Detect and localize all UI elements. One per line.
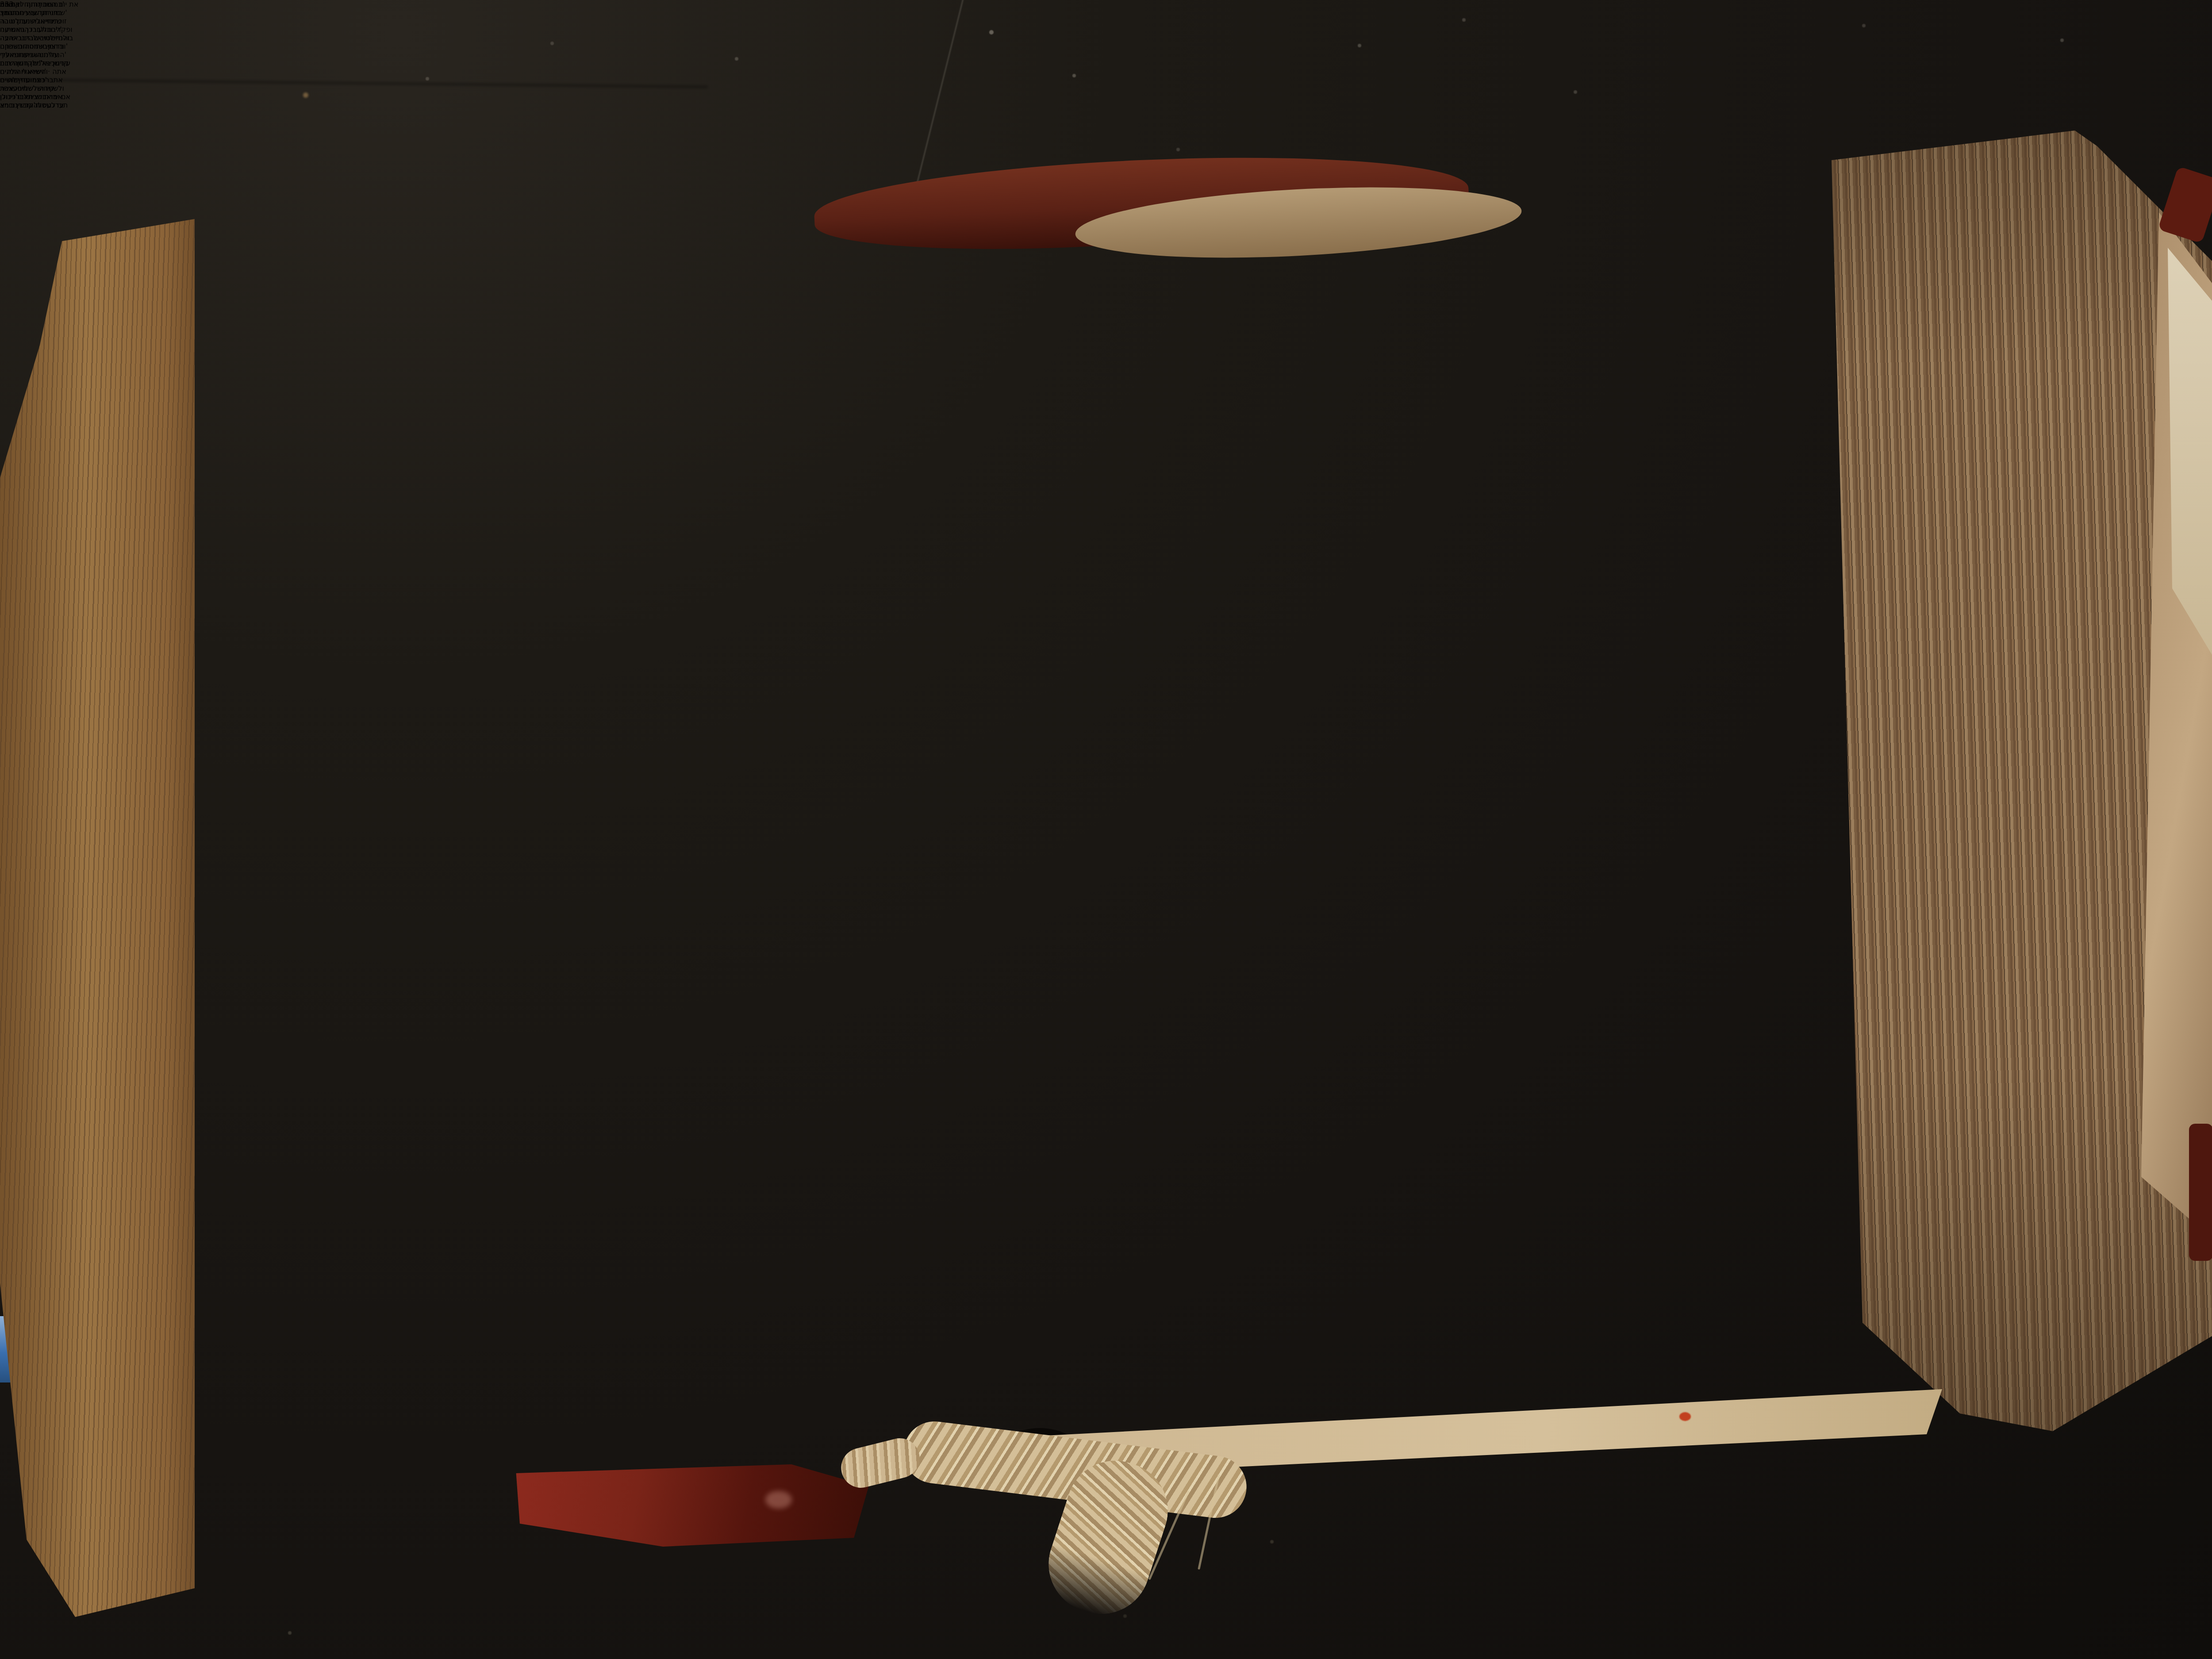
binding-red-sliver-top [2158, 166, 2212, 244]
text-line: אם יבואבשבתאומ'ויכולו [0, 92, 70, 101]
word-segment: במצותיך [37, 0, 62, 8]
word-segment: בתורתך [39, 8, 62, 17]
text-line: קדשךבא"ימקדשהשבת [0, 59, 70, 67]
left-leaf-edge-stack [0, 190, 208, 1646]
word-segment: והנחילנו [45, 34, 69, 42]
word-segment: בשמחה [24, 42, 47, 50]
word-red-overlined: אם יבוא [46, 92, 70, 101]
word-segment: לעובדך [25, 25, 47, 34]
show-through-stain [230, 880, 672, 914]
word-segment: שבעינו [19, 8, 39, 17]
word-red-overlined: השבת [0, 59, 19, 67]
text-line: והנחילנוייאלהינובאהבה [0, 34, 70, 42]
word-red-overlined: רצה [32, 76, 45, 84]
word-red-overlined: אומ' [15, 92, 28, 101]
show-through-stain [186, 779, 717, 814]
catchword-text: במצות' [0, 0, 22, 8]
word-segment: בורא [0, 101, 15, 109]
word-segment: ובששון [4, 42, 24, 50]
word-red-overlined: ומודים [13, 76, 32, 84]
text-line: הנחלתנושבתותומועדי' [0, 50, 70, 59]
word-red-overlined: באהבה [0, 34, 22, 42]
word-segment: לבנו [47, 25, 60, 34]
text-line: לבנולעובדךבאמתוה' [0, 25, 70, 34]
word-red-overlined: לעשות' [33, 101, 55, 109]
binding-red-sliver-mid [2189, 1124, 2212, 1261]
word-segment: אלהינו [22, 34, 42, 42]
word-segment: באמת [7, 25, 25, 34]
scratch-mark [911, 0, 966, 205]
word-red-overlined: שבתות [19, 50, 39, 59]
word-red-overlined: קידוש [37, 84, 54, 92]
text-line: שמחינובישועתךוטהר [0, 17, 70, 25]
word-segment: ויכולו [0, 92, 15, 101]
word-red-overlined: בשבת [29, 92, 46, 101]
word-segment: שמחינו [41, 17, 61, 25]
catchword-group: במצות' במצ [0, 0, 22, 17]
catchword-ghost: במצ [0, 8, 22, 17]
text-line: וישראלוהזמנים' [0, 67, 70, 76]
word-segment: יי [42, 34, 45, 42]
text-line: עדלעשות'ומברךבורא [0, 101, 70, 109]
red-ink-speck [1679, 1412, 1691, 1421]
word-segment: בישועתך [15, 17, 41, 25]
word-segment: וישראל [23, 67, 44, 76]
background-seam [0, 79, 708, 88]
word-segment: מקדש [19, 59, 37, 67]
word-segment: ותן [29, 0, 37, 8]
word-segment: קדשך [51, 59, 69, 67]
word-segment: הנחלתנו [39, 50, 65, 59]
word-red-overlined: לשמיני [17, 84, 37, 92]
word-red-overlined: עד [55, 101, 64, 109]
word-segment: וטהר [0, 17, 15, 25]
binding-thread [837, 1434, 924, 1492]
show-through-stain [248, 973, 668, 1004]
word-segment: בא"י [37, 59, 51, 67]
word-red-overlined: וברצון [48, 42, 66, 50]
show-through-stain [212, 690, 699, 726]
text-line: קידושלשמיניעצרת: [0, 84, 70, 92]
word-red-overlined: ומברך [15, 101, 33, 109]
photograph-stage: את יום השבתהזה ·ואת יוםשמיניחגהעצרתהזהזו… [0, 0, 2212, 1659]
text-line: וברצוןבשמחהובששוןה' [0, 42, 70, 50]
text-line: רצהומודיםושים' [0, 76, 70, 84]
